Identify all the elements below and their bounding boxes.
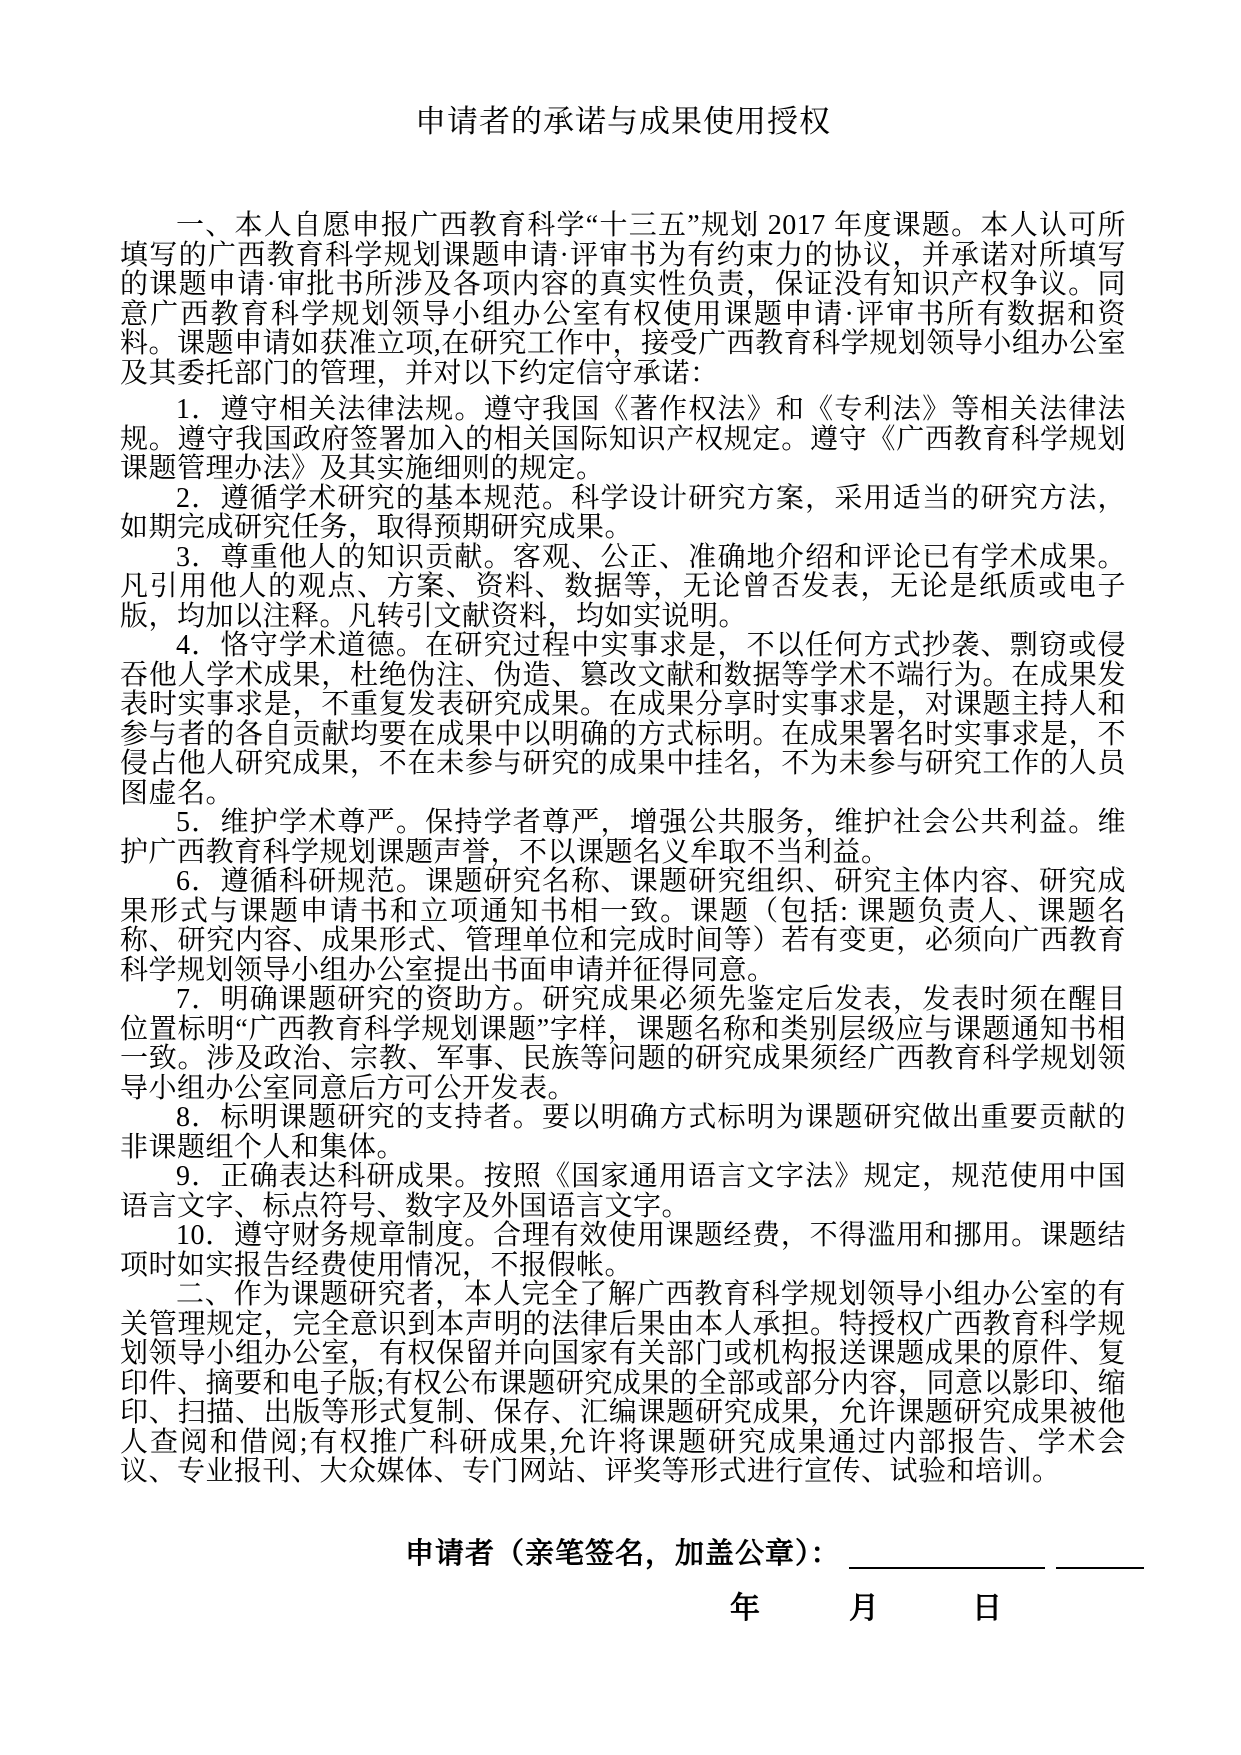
paragraph-item-4: 4．恪守学术道德。在研究过程中实事求是，不以任何方式抄袭、剽窃或侵吞他人学术成果… <box>120 631 1126 808</box>
paragraph-intro: 一、本人自愿申报广西教育科学“十三五”规划 2017 年度课题。本人认可所填写的… <box>120 211 1126 388</box>
date-label-day: 日 <box>972 1583 1002 1627</box>
date-label-month: 月 <box>849 1583 879 1627</box>
paragraph-item-9: 9．正确表达科研成果。按照《国家通用语言文字法》规定，规范使用中国语言文字、标点… <box>120 1162 1126 1221</box>
signature-line[interactable] <box>849 1531 1045 1569</box>
paragraph-item-3: 3．尊重他人的知识贡献。客观、公正、准确地介绍和评论已有学术成果。凡引用他人的观… <box>120 543 1126 632</box>
paragraph-item-2: 2．遵循学术研究的基本规范。科学设计研究方案，采用适当的研究方法，如期完成研究任… <box>120 484 1126 543</box>
paragraph-item-8: 8．标明课题研究的支持者。要以明确方式标明为课题研究做出重要贡献的非课题组个人和… <box>120 1103 1126 1162</box>
paragraph-item-5: 5．维护学术尊严。保持学者尊严，增强公共服务，维护社会公共利益。维护广西教育科学… <box>120 808 1126 867</box>
paragraph-item-7: 7．明确课题研究的资助方。研究成果必须先鉴定后发表，发表时须在醒目位置标明“广西… <box>120 985 1126 1103</box>
signature-block: 申请者（亲笔签名，加盖公章）： <box>405 1531 1144 1572</box>
signature-label: 申请者（亲笔签名，加盖公章）： <box>405 1531 841 1572</box>
paragraph-section-2: 二、作为课题研究者，本人完全了解广西教育科学规划领导小组办公室的有关管理规定，完… <box>120 1280 1126 1487</box>
page-title: 申请者的承诺与成果使用授权 <box>120 103 1126 141</box>
document-body: 一、本人自愿申报广西教育科学“十三五”规划 2017 年度课题。本人认可所填写的… <box>120 211 1126 1487</box>
signature-line-extension[interactable] <box>1056 1531 1144 1569</box>
paragraph-item-1: 1．遵守相关法律法规。遵守我国《著作权法》和《专利法》等相关法律法规。遵守我国政… <box>120 395 1126 484</box>
paragraph-item-6: 6．遵循科研规范。课题研究名称、课题研究组织、研究主体内容、研究成果形式与课题申… <box>120 867 1126 985</box>
date-row: 年 月 日 <box>0 1583 1241 1623</box>
date-label-year: 年 <box>730 1583 760 1627</box>
paragraph-item-10: 10．遵守财务规章制度。合理有效使用课题经费，不得滥用和挪用。课题结项时如实报告… <box>120 1221 1126 1280</box>
document-page: 申请者的承诺与成果使用授权 一、本人自愿申报广西教育科学“十三五”规划 2017… <box>0 0 1241 1755</box>
